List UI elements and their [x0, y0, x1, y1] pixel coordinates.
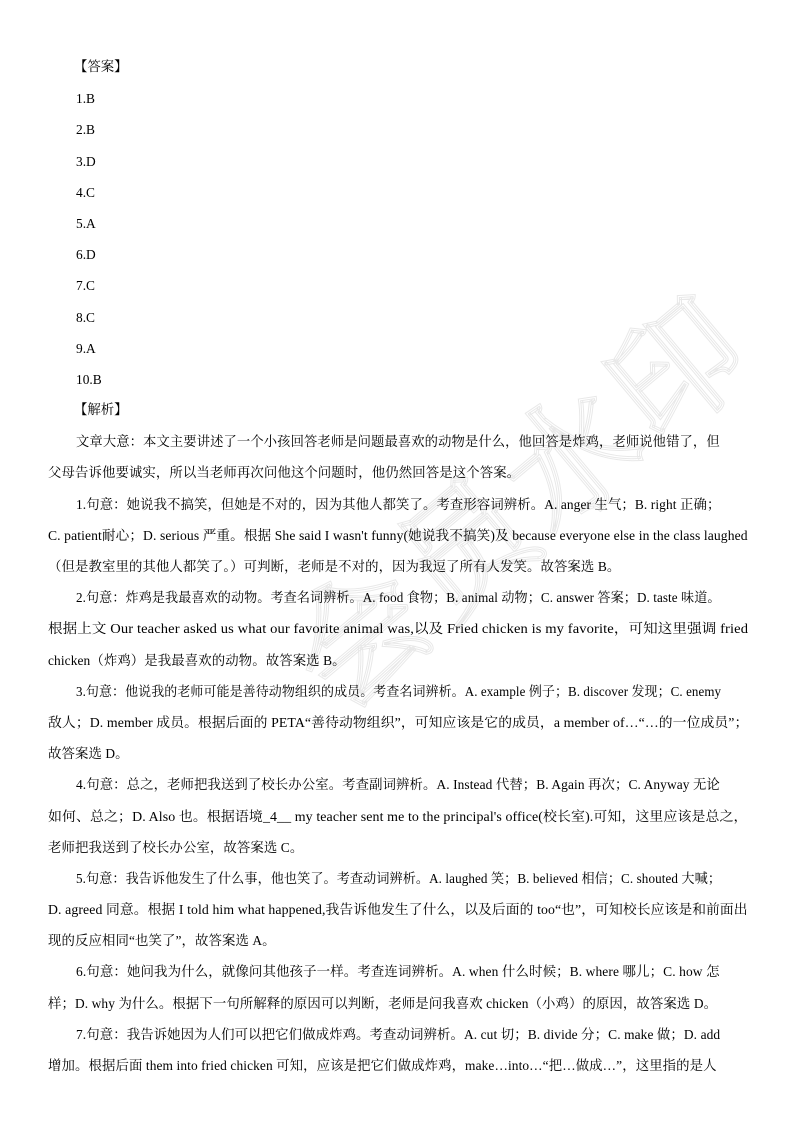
text-line: 7.句意：我告诉她因为人们可以把它们做成炸鸡。考查动词辨析。A. cut 切；B…: [48, 1019, 748, 1050]
answer-heading: 【答案】: [74, 52, 748, 83]
answer-item: 4.C: [76, 177, 748, 208]
explanation-paragraph-4: 4.句意：总之，老师把我送到了校长办公室。考查副词辨析。A. Instead 代…: [48, 769, 748, 863]
explanation-paragraph-6: 6.句意：她问我为什么，就像问其他孩子一样。考查连词辨析。A. when 什么时…: [48, 956, 748, 1018]
text-line: chicken（炸鸡）是我最喜欢的动物。故答案选 B。: [48, 645, 748, 676]
analysis-heading: 【解析】: [74, 395, 748, 426]
text-line: 2.句意：炸鸡是我最喜欢的动物。考查名词辨析。A. food 食物；B. ani…: [49, 582, 733, 613]
text-line: 父母告诉他要诚实，所以当老师再次问他这个问题时，他仍然回答是这个答案。: [48, 457, 748, 488]
text-line: 现的反应相同“也笑了”，故答案选 A。: [48, 925, 748, 956]
text-line: D. agreed 同意。根据 I told him what happened…: [48, 894, 768, 925]
analysis-body: 文章大意：本文主要讲述了一个小孩回答老师是问题最喜欢的动物是什么，他回答是炸鸡，…: [48, 426, 748, 1081]
text-line: C. patient耐心；D. serious 严重。根据 She said I…: [48, 520, 759, 551]
text-line: 样；D. why 为什么。根据下一句所解释的原因可以判断，老师是问我喜欢 chi…: [48, 988, 748, 1019]
answer-item: 8.C: [76, 302, 748, 333]
explanation-paragraph-5: 5.句意：我告诉他发生了什么事，他也笑了。考查动词辨析。A. laughed 笑…: [48, 863, 748, 957]
answer-item: 3.D: [76, 146, 748, 177]
explanation-paragraph-3: 3.句意：他说我的老师可能是善待动物组织的成员。考查名词辨析。A. exampl…: [48, 676, 748, 770]
answer-item: 6.D: [76, 239, 748, 270]
text-line: 6.句意：她问我为什么，就像问其他孩子一样。考查连词辨析。A. when 什么时…: [48, 956, 751, 987]
text-line: 老师把我送到了校长办公室，故答案选 C。: [48, 832, 748, 863]
text-line: 如何、总之；D. Also 也。根据语境_4__ my teacher sent…: [48, 801, 775, 832]
text-line: 3.句意：他说我的老师可能是善待动物组织的成员。考查名词辨析。A. exampl…: [49, 676, 727, 707]
text-line: 故答案选 D。: [48, 738, 748, 769]
text-line: 根据上文 Our teacher asked us what our favor…: [48, 613, 793, 644]
text-line: 4.句意：总之，老师把我送到了校长办公室。考查副词辨析。A. Instead 代…: [48, 769, 747, 800]
explanation-paragraph-2: 2.句意：炸鸡是我最喜欢的动物。考查名词辨析。A. food 食物；B. ani…: [48, 582, 748, 676]
answer-item: 2.B: [76, 114, 748, 145]
text-line: 敌人；D. member 成员。根据后面的 PETA“善待动物组织”，可知应该是…: [48, 707, 770, 738]
text-line: 5.句意：我告诉他发生了什么事，他也笑了。考查动词辨析。A. laughed 笑…: [49, 863, 734, 894]
answer-item: 9.A: [76, 333, 748, 364]
answer-item: 5.A: [76, 208, 748, 239]
text-line: 1.句意：她说我不搞笑，但她是不对的，因为其他人都笑了。考查形容词辨析。A. a…: [48, 489, 747, 520]
document-page: 会员水印 【答案】 1.B 2.B 3.D 4.C 5.A 6.D 7.C 8.…: [0, 0, 793, 1122]
summary-paragraph: 文章大意：本文主要讲述了一个小孩回答老师是问题最喜欢的动物是什么，他回答是炸鸡，…: [48, 426, 748, 488]
answer-item: 7.C: [76, 270, 748, 301]
answer-item: 10.B: [76, 364, 748, 395]
text-line: 文章大意：本文主要讲述了一个小孩回答老师是问题最喜欢的动物是什么，他回答是炸鸡，…: [48, 426, 744, 457]
document-body: 【答案】 1.B 2.B 3.D 4.C 5.A 6.D 7.C 8.C 9.A…: [48, 52, 748, 1081]
answer-list: 1.B 2.B 3.D 4.C 5.A 6.D 7.C 8.C 9.A 10.B: [48, 83, 748, 395]
text-line: （但是教室里的其他人都笑了。）可判断，老师是不对的，因为我逗了所有人发笑。故答案…: [48, 551, 748, 582]
text-line: 增加。根据后面 them into fried chicken 可知，应该是把它…: [48, 1050, 748, 1081]
explanation-paragraph-1: 1.句意：她说我不搞笑，但她是不对的，因为其他人都笑了。考查形容词辨析。A. a…: [48, 489, 748, 583]
answer-item: 1.B: [76, 83, 748, 114]
explanation-paragraph-7: 7.句意：我告诉她因为人们可以把它们做成炸鸡。考查动词辨析。A. cut 切；B…: [48, 1019, 748, 1081]
